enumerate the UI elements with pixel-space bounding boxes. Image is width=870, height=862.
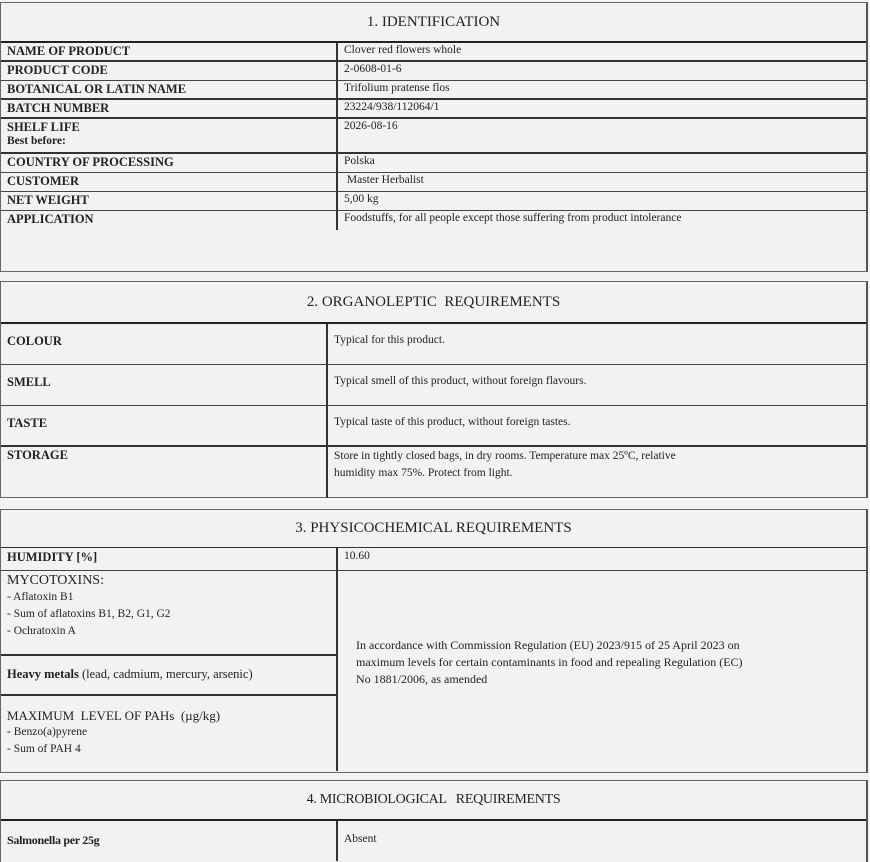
identification-section: 1. IDENTIFICATION NAME OF PRODUCT Clover… (0, 2, 868, 272)
pah-item: - Sum of PAH 4 (7, 741, 330, 758)
table-row: SMELL Typical smell of this product, wit… (1, 365, 866, 406)
row-value: 2-0608-01-6 (338, 62, 866, 80)
heavy-metals-detail: (lead, cadmium, mercury, arsenic) (79, 667, 253, 681)
row-value: Clover red flowers whole (338, 43, 866, 60)
row-label: BATCH NUMBER (1, 100, 338, 117)
table-row: PRODUCT CODE 2-0608-01-6 (1, 62, 866, 81)
best-before-label: Best before: (7, 135, 330, 147)
regulation-line: maximum levels for certain contaminants … (356, 654, 856, 671)
row-label: TASTE (1, 406, 328, 445)
row-label: NAME OF PRODUCT (1, 43, 338, 60)
table-row: CUSTOMER Master Herbalist (1, 173, 866, 192)
regulation-line: No 1881/2006, as amended (356, 671, 856, 688)
row-value: 5,00 kg (338, 192, 866, 210)
microbiological-section: 4. MICROBIOLOGICAL REQUIREMENTS Salmonel… (0, 780, 868, 862)
row-value: Polska (338, 154, 866, 172)
row-value: 2026-08-16 (338, 119, 866, 152)
heavy-metals-block: Heavy metals (lead, cadmium, mercury, ar… (1, 656, 336, 696)
row-value: Store in tightly closed bags, in dry roo… (328, 447, 866, 498)
table-row: APPLICATION Foodstuffs, for all people e… (1, 211, 866, 230)
pah-label: MAXIMUM LEVEL OF PAHs (µg/kg) (7, 708, 330, 724)
shelf-life-label: SHELF LIFE (7, 120, 330, 135)
humidity-label: HUMIDITY [%] (1, 548, 336, 571)
row-label: CUSTOMER (1, 173, 338, 191)
mycotoxin-item: - Sum of aflatoxins B1, B2, G1, G2 (7, 606, 330, 623)
section-title: 2. ORGANOLEPTIC REQUIREMENTS (1, 282, 866, 324)
regulation-line: In accordance with Commission Regulation… (356, 637, 856, 654)
row-value: Foodstuffs, for all people except those … (338, 211, 866, 230)
row-value: Trifolium pratense flos (338, 81, 866, 98)
table-row: NET WEIGHT 5,00 kg (1, 192, 866, 211)
pah-block: MAXIMUM LEVEL OF PAHs (µg/kg) - Benzo(a)… (1, 696, 336, 771)
mycotoxins-block: MYCOTOXINS: - Aflatoxin B1 - Sum of afla… (1, 571, 336, 656)
row-label: COLOUR (1, 324, 328, 364)
row-label: SHELF LIFE Best before: (1, 119, 338, 152)
table-row: Salmonella per 25g Absent (1, 821, 866, 861)
table-row: COUNTRY OF PROCESSING Polska (1, 154, 866, 173)
storage-line: Store in tightly closed bags, in dry roo… (334, 448, 860, 465)
row-value: Master Herbalist (338, 173, 866, 191)
row-label: BOTANICAL OR LATIN NAME (1, 81, 338, 98)
pah-item: - Benzo(a)pyrene (7, 724, 330, 741)
section-title: 3. PHYSICOCHEMICAL REQUIREMENTS (1, 510, 866, 548)
row-label: STORAGE (1, 447, 328, 498)
table-row: NAME OF PRODUCT Clover red flowers whole (1, 43, 866, 62)
regulation-text: In accordance with Commission Regulation… (338, 571, 866, 771)
humidity-value: 10.60 (338, 548, 866, 571)
table-row: TASTE Typical taste of this product, wit… (1, 406, 866, 447)
row-label: Salmonella per 25g (1, 821, 338, 861)
row-label: SMELL (1, 365, 328, 405)
section-title: 1. IDENTIFICATION (1, 3, 866, 43)
section-title: 4. MICROBIOLOGICAL REQUIREMENTS (1, 781, 866, 821)
row-label: APPLICATION (1, 211, 338, 230)
table-row: BATCH NUMBER 23224/938/112064/1 (1, 100, 866, 119)
storage-line: humidity max 75%. Protect from light. (334, 465, 860, 482)
row-label: PRODUCT CODE (1, 62, 338, 80)
mycotoxins-label: MYCOTOXINS: (7, 573, 330, 589)
table-row: COLOUR Typical for this product. (1, 324, 866, 365)
row-value: Absent (338, 821, 866, 861)
row-label: COUNTRY OF PROCESSING (1, 154, 338, 172)
row-value: Typical for this product. (328, 324, 866, 364)
heavy-metals-label: Heavy metals (7, 667, 79, 681)
table-row: STORAGE Store in tightly closed bags, in… (1, 447, 866, 498)
table-row: SHELF LIFE Best before: 2026-08-16 (1, 119, 866, 154)
mycotoxin-item: - Aflatoxin B1 (7, 589, 330, 606)
table-row: BOTANICAL OR LATIN NAME Trifolium praten… (1, 81, 866, 100)
physicochemical-section: 3. PHYSICOCHEMICAL REQUIREMENTS HUMIDITY… (0, 509, 868, 773)
organoleptic-section: 2. ORGANOLEPTIC REQUIREMENTS COLOUR Typi… (0, 281, 868, 498)
row-value: Typical taste of this product, without f… (328, 406, 866, 445)
row-value: 23224/938/112064/1 (338, 100, 866, 117)
mycotoxin-item: - Ochratoxin A (7, 623, 330, 640)
row-label: NET WEIGHT (1, 192, 338, 210)
row-value: Typical smell of this product, without f… (328, 365, 866, 405)
